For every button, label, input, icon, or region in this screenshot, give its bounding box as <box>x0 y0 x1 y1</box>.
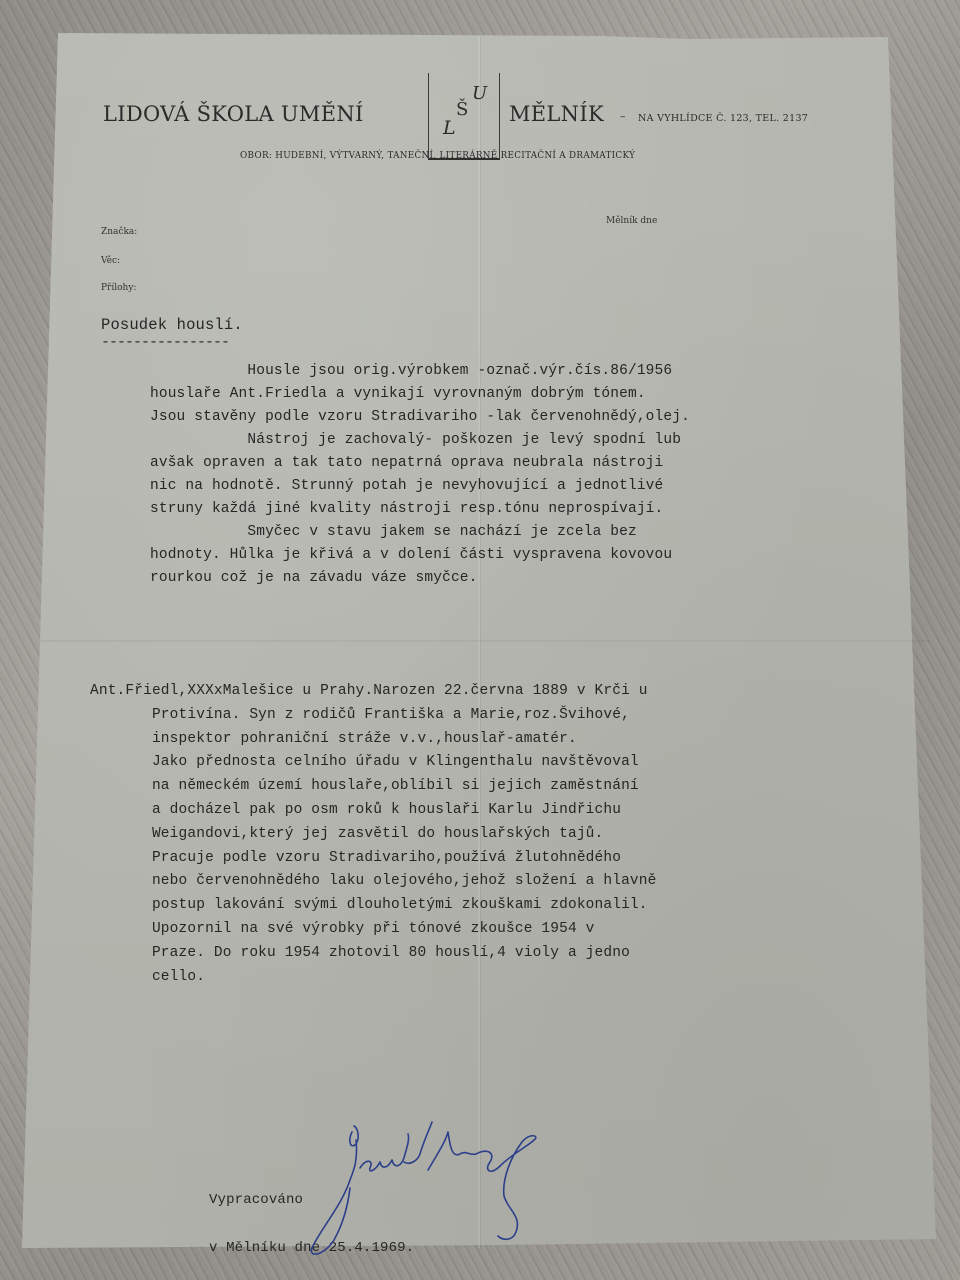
assessment-line: nic na hodnotě. Strunný potah je nevyhov… <box>150 475 690 498</box>
biography-line: inspektor pohraniční stráže v.v.,houslař… <box>90 728 657 752</box>
logo-letter-l: L <box>443 117 456 139</box>
subject-label: Věc: <box>101 256 120 266</box>
assessment-line: houslaře Ant.Friedla a vynikají vyrovnan… <box>150 383 690 406</box>
biography-line: postup lakování svými dlouholetými zkouš… <box>90 894 657 918</box>
letterhead-school-name: LIDOVÁ ŠKOLA UMĚNÍ <box>103 102 364 126</box>
assessment-line: hodnoty. Hůlka je křivá a v dolení části… <box>150 544 690 567</box>
assessment-line: Housle jsou orig.výrobkem -označ.výr.čís… <box>150 360 690 383</box>
assessment-line: Smyčec v stavu jakem se nachází je zcela… <box>150 521 690 544</box>
biography-line: Praze. Do roku 1954 zhotovil 80 houslí,4… <box>90 942 657 966</box>
biography-line: cello. <box>90 966 657 990</box>
assessment-line: struny každá jiné kvality nástroji resp.… <box>150 498 690 521</box>
letterhead-fields-of-study: OBOR: HUDEBNÍ, VÝTVARNÝ, TANEČNÍ, LITERÁ… <box>240 151 635 161</box>
biography-line: na německém území houslaře,oblíbil si je… <box>90 775 657 799</box>
logo-letter-u: U <box>472 83 487 104</box>
letterhead-town: MĚLNÍK <box>509 102 604 126</box>
title-underline: ---------------- <box>101 334 229 351</box>
logo-letter-s: Š <box>456 99 468 120</box>
paper-fold-vertical <box>478 36 480 1248</box>
document-title: Posudek houslí. <box>101 316 243 334</box>
paper-fold-horizontal <box>40 640 930 642</box>
attachments-label: Přílohy: <box>101 283 136 293</box>
place-date-label: Mělník dne <box>606 216 657 226</box>
biography-line: Protivína. Syn z rodičů Františka a Mari… <box>90 704 657 728</box>
biography-line: nebo červenohnědého laku olejového,jehož… <box>90 870 657 894</box>
assessment-line: rourkou což je na závadu váze smyčce. <box>150 567 690 590</box>
biography-line: Upozornil na své výrobky při tónové zkou… <box>90 918 657 942</box>
biography-line: Weigandovi,který jej zasvětil do houslař… <box>90 823 657 847</box>
biography-line: Ant.Fřiedl,XXXxMalešice u Prahy.Narozen … <box>90 680 657 704</box>
biography-line: Pracuje podle vzoru Stradivariho,používá… <box>90 847 657 871</box>
assessment-line: Nástroj je zachovalý- poškozen je levý s… <box>150 429 690 452</box>
assessment-paragraph: Housle jsou orig.výrobkem -označ.výr.čís… <box>150 360 690 590</box>
reference-label: Značka: <box>101 227 137 237</box>
letterhead-address: NA VYHLÍDCE Č. 123, TEL. 2137 <box>638 113 808 124</box>
biography-paragraph: Ant.Fřiedl,XXXxMalešice u Prahy.Narozen … <box>90 680 657 989</box>
biography-line: Jako přednosta celního úřadu v Klingenth… <box>90 751 657 775</box>
school-logo: L Š U <box>428 73 500 160</box>
letterhead-dash: – <box>620 110 626 123</box>
biography-line: a docházel pak po osm roků k houslaři Ka… <box>90 799 657 823</box>
assessment-line: Jsou stavěny podle vzoru Stradivariho -l… <box>150 406 690 429</box>
handwritten-signature <box>290 1110 550 1260</box>
assessment-line: avšak opraven a tak tato nepatrná oprava… <box>150 452 690 475</box>
